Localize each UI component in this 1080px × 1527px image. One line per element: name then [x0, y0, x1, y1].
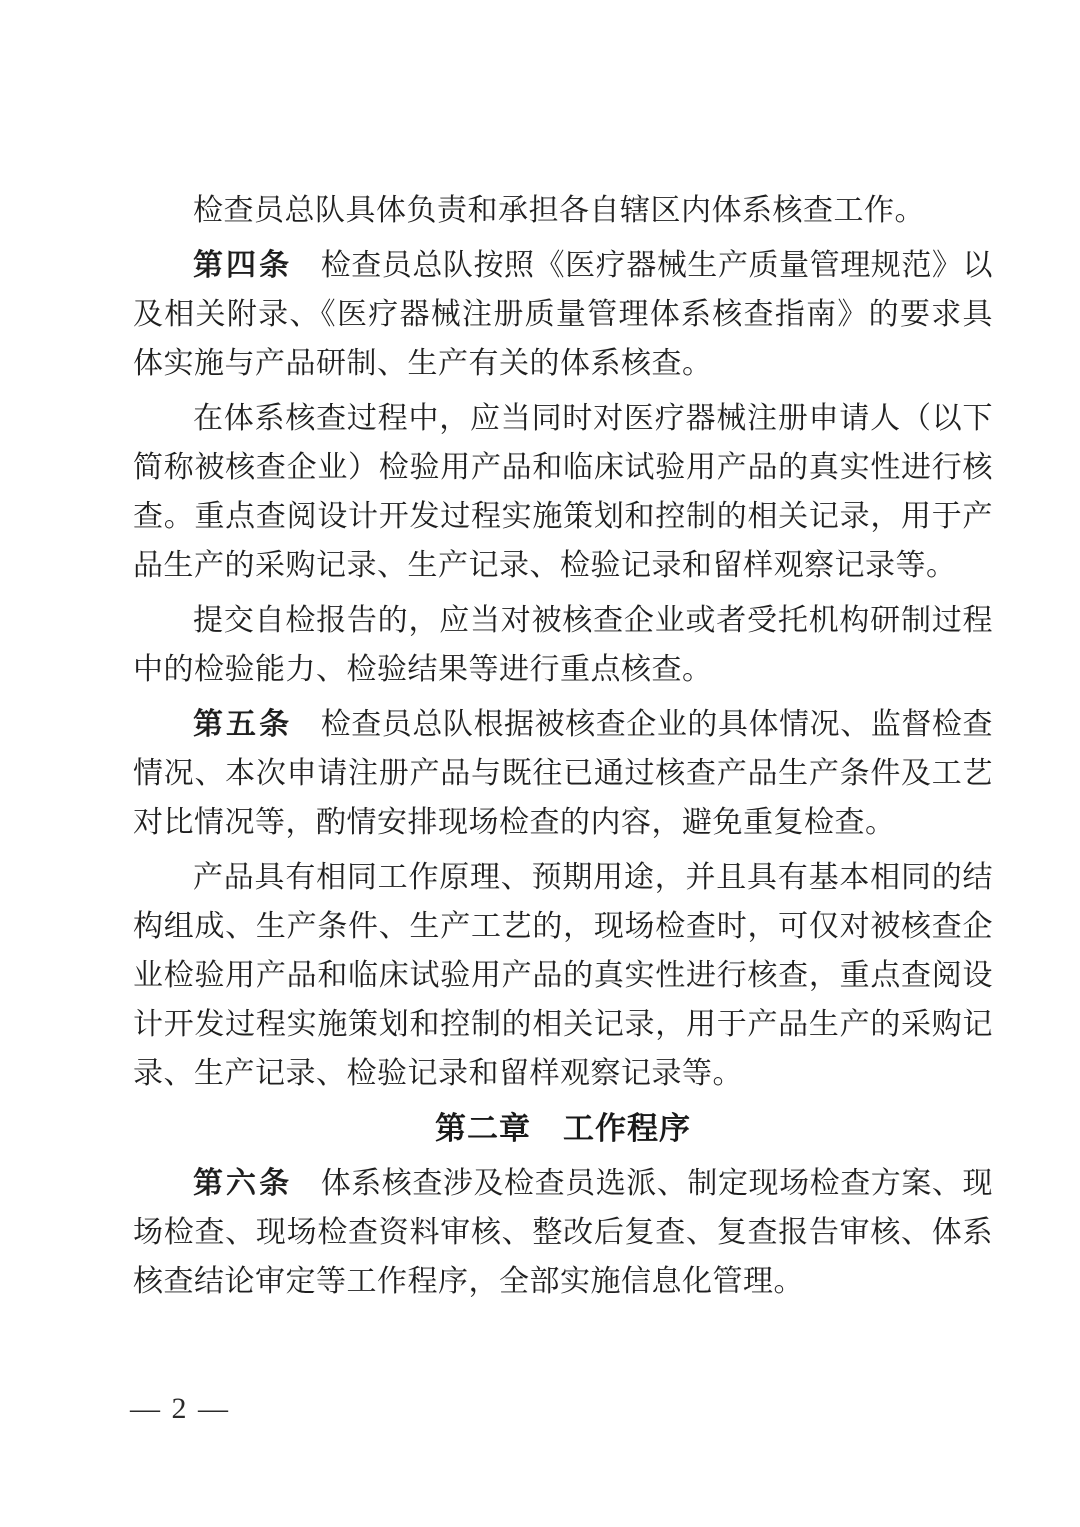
paragraph-article-5: 第五条检查员总队根据被核查企业的具体情况、监督检查情况、本次申请注册产品与既往已…: [133, 700, 993, 847]
paragraph-text: 检查员总队具体负责和承担各自辖区内体系核查工作。: [193, 194, 925, 227]
document-page: 检查员总队具体负责和承担各自辖区内体系核查工作。 第四条检查员总队按照《医疗器械…: [0, 0, 1080, 1527]
paragraph-text: 产品具有相同工作原理、预期用途，并且具有基本相同的结构组成、生产条件、生产工艺的…: [133, 861, 993, 1090]
document-body: 检查员总队具体负责和承担各自辖区内体系核查工作。 第四条检查员总队按照《医疗器械…: [133, 186, 993, 1312]
article-number: 第四条: [193, 249, 292, 282]
paragraph-article-4: 第四条检查员总队按照《医疗器械生产质量管理规范》以及相关附录、《医疗器械注册质量…: [133, 241, 993, 388]
paragraph: 在体系核查过程中，应当同时对医疗器械注册申请人（以下简称被核查企业）检验用产品和…: [133, 394, 993, 590]
paragraph-article-6: 第六条体系核查涉及检查员选派、制定现场检查方案、现场检查、现场检查资料审核、整改…: [133, 1159, 993, 1306]
paragraph: 产品具有相同工作原理、预期用途，并且具有基本相同的结构组成、生产条件、生产工艺的…: [133, 853, 993, 1098]
article-number: 第六条: [193, 1167, 292, 1200]
paragraph-text: 提交自检报告的，应当对被核查企业或者受托机构研制过程中的检验能力、检验结果等进行…: [133, 604, 993, 686]
paragraph: 检查员总队具体负责和承担各自辖区内体系核查工作。: [133, 186, 993, 235]
article-number: 第五条: [193, 708, 292, 741]
page-number: — 2 —: [130, 1392, 230, 1426]
paragraph: 提交自检报告的，应当对被核查企业或者受托机构研制过程中的检验能力、检验结果等进行…: [133, 596, 993, 694]
paragraph-text: 在体系核查过程中，应当同时对医疗器械注册申请人（以下简称被核查企业）检验用产品和…: [133, 402, 993, 582]
chapter-heading: 第二章 工作程序: [133, 1104, 993, 1153]
